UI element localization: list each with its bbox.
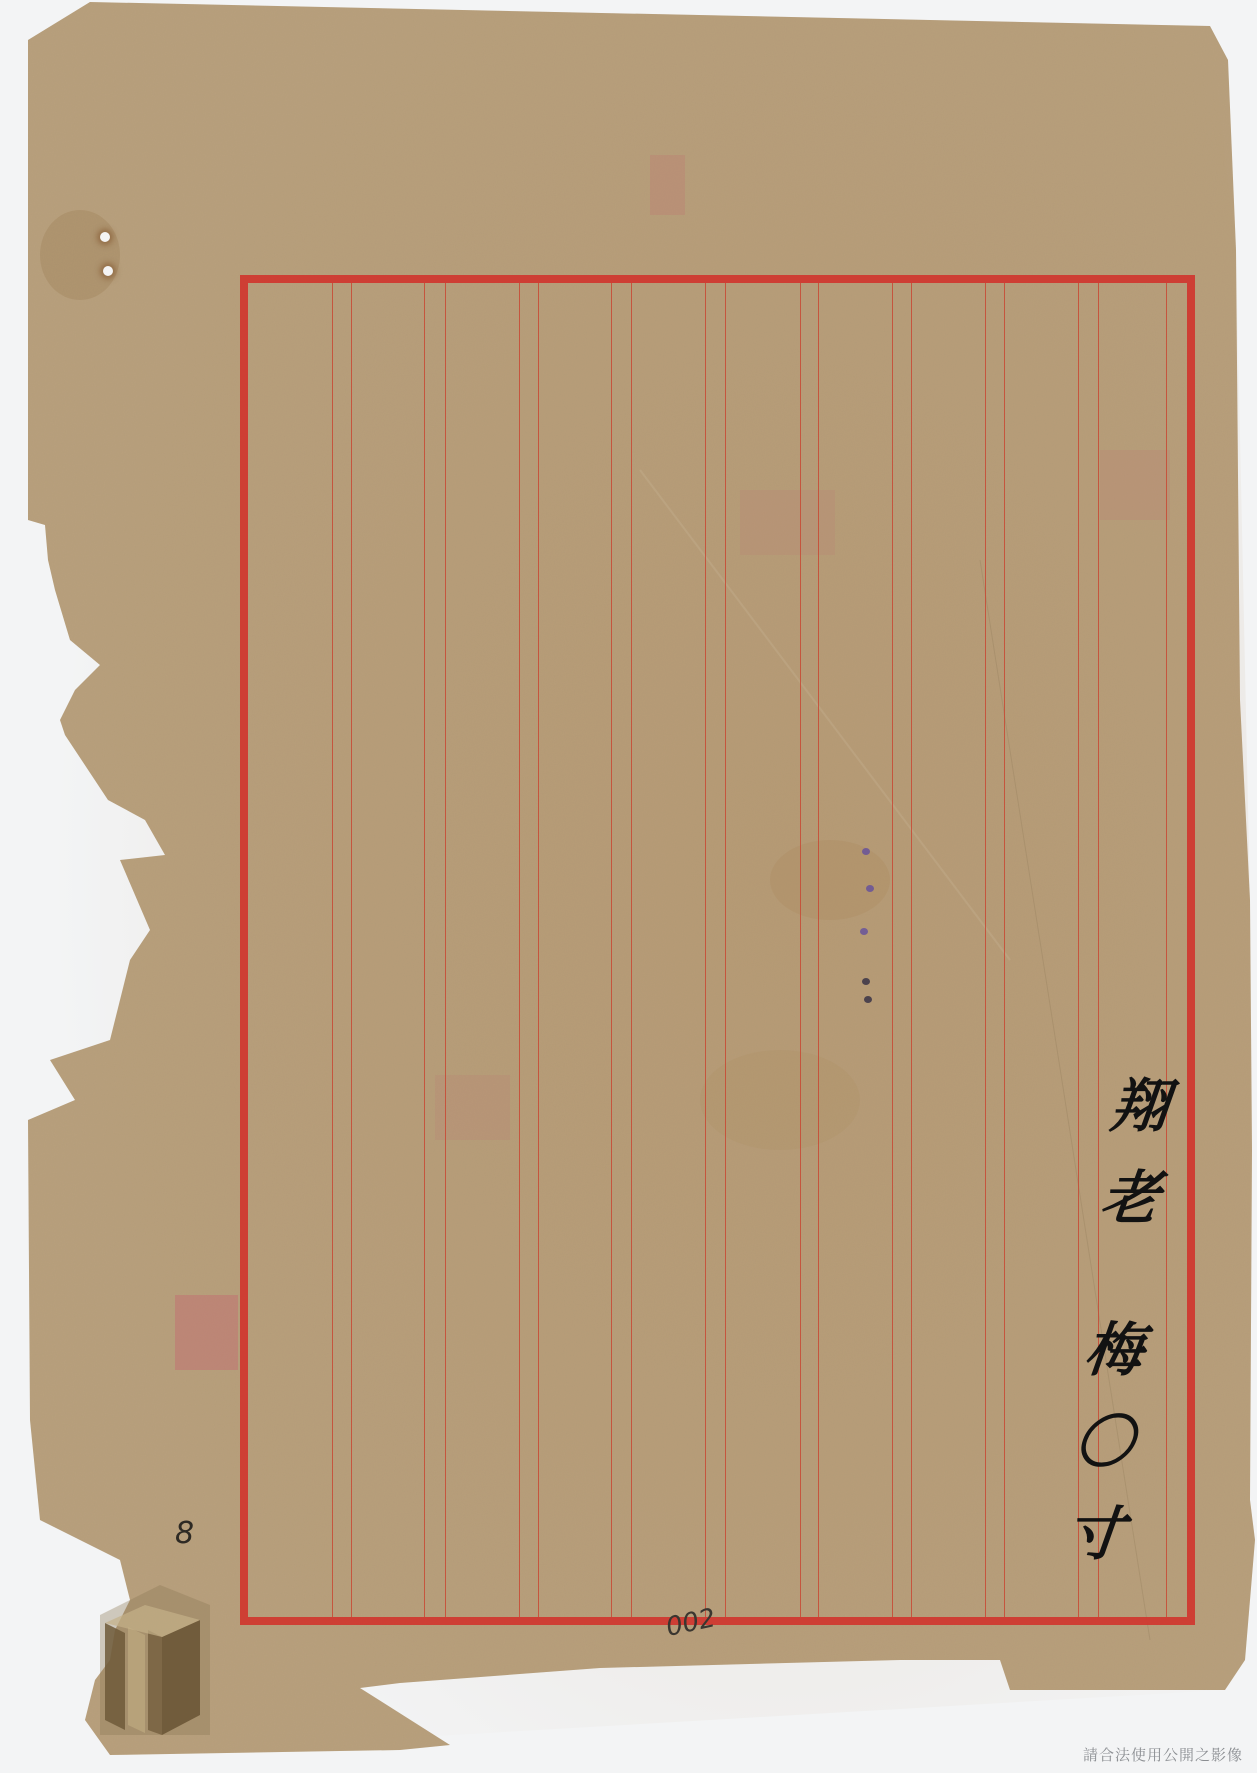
column-rule bbox=[892, 283, 893, 1617]
column-rule bbox=[1004, 283, 1005, 1617]
column-rule bbox=[538, 283, 539, 1617]
usage-watermark: 請合法使用公開之影像 bbox=[1083, 1744, 1243, 1765]
ink-mark bbox=[866, 885, 874, 892]
column-rule bbox=[611, 283, 612, 1617]
column-rule bbox=[705, 283, 706, 1617]
column-rule bbox=[911, 283, 912, 1617]
column-rule bbox=[725, 283, 726, 1617]
ink-mark bbox=[862, 978, 870, 985]
column-rule bbox=[818, 283, 819, 1617]
column-rule bbox=[985, 283, 986, 1617]
archive-book-logo-icon bbox=[100, 1585, 210, 1735]
column-rule bbox=[631, 283, 632, 1617]
column-rule bbox=[519, 283, 520, 1617]
column-rule bbox=[351, 283, 352, 1617]
ink-mark bbox=[864, 996, 872, 1003]
binding-hole bbox=[100, 232, 110, 242]
scanned-document: 翔 老 梅 〇 寸 002 8 請合法使用公開之影像 bbox=[0, 0, 1257, 1773]
handwritten-char: 翔 bbox=[1100, 1060, 1180, 1152]
column-rule bbox=[445, 283, 446, 1617]
red-ruled-frame bbox=[240, 275, 1195, 1625]
handwritten-char: 梅 bbox=[1074, 1304, 1154, 1396]
handwritten-char: 老 bbox=[1090, 1152, 1170, 1244]
margin-note: 8 bbox=[175, 1516, 194, 1551]
ink-mark bbox=[860, 928, 868, 935]
column-rule bbox=[332, 283, 333, 1617]
column-rule bbox=[800, 283, 801, 1617]
faint-red-stamp bbox=[175, 1295, 238, 1370]
handwritten-char: 寸 bbox=[1055, 1488, 1135, 1580]
column-rule bbox=[1166, 283, 1167, 1617]
column-rule bbox=[424, 283, 425, 1617]
binding-hole bbox=[103, 266, 113, 276]
ink-mark bbox=[862, 848, 870, 855]
faint-red-stamp bbox=[650, 155, 685, 215]
handwritten-char: 〇 bbox=[1064, 1396, 1144, 1488]
